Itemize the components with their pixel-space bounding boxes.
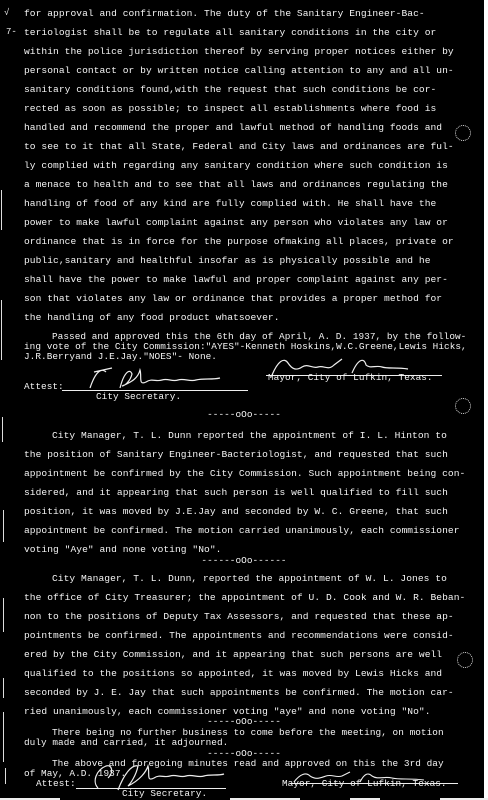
punch-hole-mark [457,652,473,668]
mayor-title: Mayor, City of Lufkin, Texas. [282,778,447,789]
margin-line [3,712,4,762]
text-line: position, it was moved by J.E.Jay and se… [24,506,448,517]
margin-line [3,678,4,698]
text-line: sanitary conditions found,with the reque… [24,84,436,95]
text-line: ly complied with regarding any sanitary … [24,160,448,171]
text-line: handling of food of any kind are fully c… [24,198,436,209]
text-line: the handling of any food product whatsoe… [24,312,280,323]
text-line: City Manager, T. L. Dunn reported the ap… [52,430,447,441]
text-line: shall have the power to make lawful and … [24,274,448,285]
text-line: pointments be confirmed. The appointment… [24,630,454,641]
margin-line [1,190,2,230]
text-line: rected as soon as possible; to inspect a… [24,103,436,114]
punch-hole-mark [455,125,471,141]
scanned-document-page: √ 7- for approval and confirmation. The … [0,0,488,800]
text-line: teriologist shall be to regulate all san… [24,27,436,38]
text-line: a menace to health and to see that all l… [24,179,448,190]
text-line: for approval and confirmation. The duty … [24,8,425,19]
secretary-signature [88,756,228,792]
text-line: to see to it that all State, Federal and… [24,141,454,152]
attest-label: Attest: [24,381,64,392]
secretary-signature [86,364,226,392]
text-line: the office of City Treasurer; the appoin… [24,592,465,603]
text-line: voting "Aye" and none voting "No". [24,544,221,555]
text-line: handled and recommend the proper and law… [24,122,442,133]
text-line: non to the positions of Deputy Tax Asses… [24,611,454,622]
punch-hole-mark [455,398,471,414]
section-separator: ------oOo------ [0,555,488,566]
section-separator: -----oOo----- [0,409,488,420]
margin-line [3,598,4,632]
text-line: duly made and carried, it adjourned. [24,737,228,748]
text-line: sidered, and it appearing that such pers… [24,487,448,498]
text-line: ered by the City Commission, and it appe… [24,649,442,660]
attest-label: Attest: [36,778,76,789]
secretary-title: City Secretary. [96,391,181,402]
section-separator: -----oOo----- [0,716,488,727]
margin-line [2,417,3,442]
margin-checkmark: √ [4,8,9,18]
margin-line [3,510,4,542]
text-line: seconded by J. E. Jay that such appointm… [24,687,454,698]
text-line: appointment be confirmed. The motion car… [24,525,460,536]
text-line: personal contact or by written notice ca… [24,65,454,76]
text-line: power to make lawful complaint against a… [24,217,448,228]
text-line: qualified to the positions so appointed,… [24,668,442,679]
text-line: appointment be confirmed by the City Com… [24,468,465,479]
margin-annotation: 7- [6,27,17,37]
text-line: within the police jurisdiction thereof b… [24,46,454,57]
margin-line [5,768,6,784]
text-line: J.R.Berryand J.E.Jay."NOES"- None. [24,351,217,362]
text-line: the position of Sanitary Engineer-Bacter… [24,449,448,460]
margin-line [1,300,2,360]
text-line: ordinance that is in force for the purpo… [24,236,454,247]
text-line: son that violates any law or ordinance t… [24,293,442,304]
text-line: public,sanitary and healthful insofar as… [24,255,431,266]
page-right-edge [484,0,488,800]
text-line: City Manager, T. L. Dunn, reported the a… [52,573,447,584]
mayor-title: Mayor, City of Lufkin, Texas. [268,372,433,383]
